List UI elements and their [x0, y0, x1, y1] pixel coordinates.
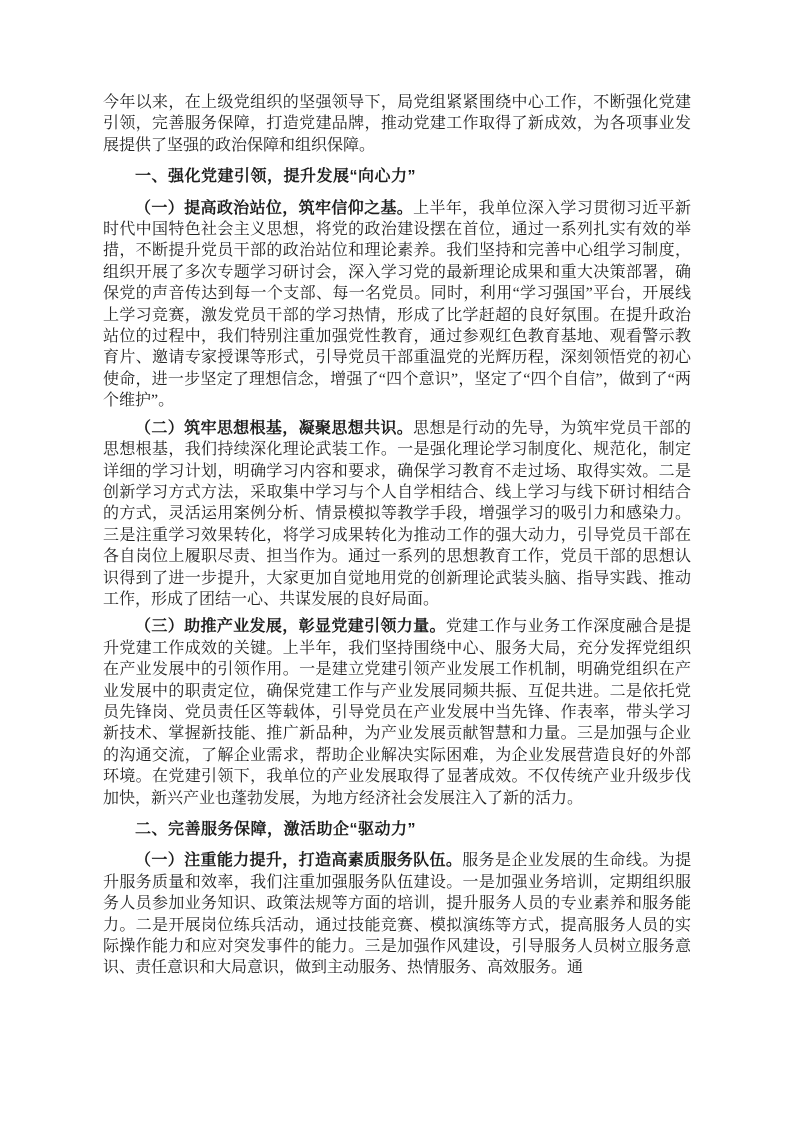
section-2-heading: 二、完善服务保障，激活助企“驱动力” — [103, 819, 691, 840]
paragraph-body: 党建工作与业务工作深度融合是提升党建工作成效的关键。上半年，我们坚持围绕中心、服… — [103, 618, 691, 806]
section-1-paragraph-1: （一）提高政治站位，筑牢信仰之基。上半年，我单位深入学习贯彻习近平新时代中国特色… — [103, 198, 691, 412]
paragraph-lead: （一）注重能力提升，打造高素质服务队伍。 — [135, 852, 462, 869]
paragraph-lead: （三）助推产业发展，彰显党建引领力量。 — [135, 618, 446, 635]
section-1-paragraph-2: （二）筑牢思想根基，凝聚思想共识。思想是行动的先导，为筑牢党员干部的思想根基，我… — [103, 418, 691, 611]
paragraph-lead: （二）筑牢思想根基，凝聚思想共识。 — [135, 420, 413, 437]
paragraph-body: 思想是行动的先导，为筑牢党员干部的思想根基，我们持续深化理论武装工作。一是强化理… — [103, 420, 691, 608]
intro-paragraph: 今年以来，在上级党组织的坚强领导下，局党组紧紧围绕中心工作，不断强化党建引领，完… — [103, 92, 691, 156]
section-2-paragraph-1: （一）注重能力提升，打造高素质服务队伍。服务是企业发展的生命线。为提升服务质量和… — [103, 850, 691, 978]
section-1-heading: 一、强化党建引领，提升发展“向心力” — [103, 166, 691, 187]
document-page: 今年以来，在上级党组织的坚强领导下，局党组紧紧围绕中心工作，不断强化党建引领，完… — [0, 0, 793, 1122]
paragraph-body: 服务是企业发展的生命线。为提升服务质量和效率，我们注重加强服务队伍建设。一是加强… — [103, 852, 691, 976]
section-1-paragraph-3: （三）助推产业发展，彰显党建引领力量。党建工作与业务工作深度融合是提升党建工作成… — [103, 616, 691, 809]
paragraph-lead: （一）提高政治站位，筑牢信仰之基。 — [135, 200, 413, 217]
paragraph-body: 上半年，我单位深入学习贯彻习近平新时代中国特色社会主义思想，将党的政治建设摆在首… — [103, 200, 691, 410]
